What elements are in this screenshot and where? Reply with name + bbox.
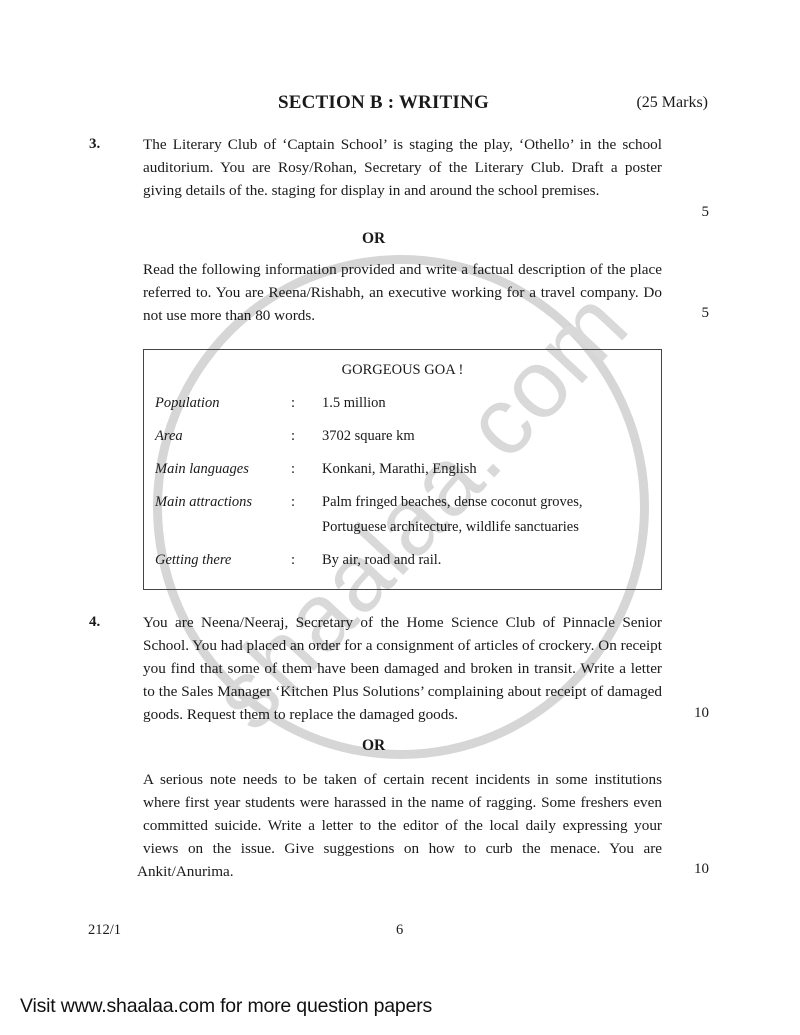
info-box: GORGEOUS GOA ! Population : 1.5 million … (143, 349, 662, 590)
info-colon: : (291, 395, 295, 412)
question-3-marks: 5 (702, 204, 710, 221)
info-colon: : (291, 428, 295, 445)
section-title: SECTION B : WRITING (278, 92, 489, 114)
paper-code: 212/1 (88, 922, 121, 939)
info-label: Population (155, 395, 219, 412)
info-value: Palm fringed beaches, dense coconut grov… (322, 490, 622, 540)
info-colon: : (291, 552, 295, 569)
or-divider: OR (362, 230, 385, 248)
info-label: Main languages (155, 461, 249, 478)
question-number: 3. (89, 136, 100, 153)
info-label: Area (155, 428, 183, 445)
question-4-marks: 10 (694, 705, 709, 722)
question-number: 4. (89, 614, 100, 631)
info-value: By air, road and rail. (322, 548, 642, 573)
visit-banner: Visit www.shaalaa.com for more question … (20, 995, 432, 1018)
question-3-alt-marks: 5 (702, 305, 710, 322)
info-colon: : (291, 461, 295, 478)
page-number: 6 (396, 922, 403, 939)
question-4-text: You are Neena/Neeraj, Secretary of the H… (143, 611, 662, 726)
question-paper-page: SECTION B : WRITING (25 Marks) 3. The Li… (0, 0, 800, 1035)
question-4-alt-marks: 10 (694, 861, 709, 878)
info-label: Main attractions (155, 494, 252, 511)
info-value: 1.5 million (322, 391, 642, 416)
info-colon: : (291, 494, 295, 511)
info-value: 3702 square km (322, 424, 642, 449)
or-divider: OR (362, 737, 385, 755)
info-value: Konkani, Marathi, English (322, 457, 642, 482)
question-4-alt-text: A serious note needs to be taken of cert… (143, 768, 662, 860)
question-3-alt-text: Read the following information provided … (143, 258, 662, 327)
section-marks: (25 Marks) (636, 94, 708, 112)
question-3-text: The Literary Club of ‘Captain School’ is… (143, 133, 662, 202)
info-box-title: GORGEOUS GOA ! (144, 362, 661, 379)
info-label: Getting there (155, 552, 231, 569)
question-4-alt-last-line: Ankit/Anurima. (137, 860, 656, 883)
